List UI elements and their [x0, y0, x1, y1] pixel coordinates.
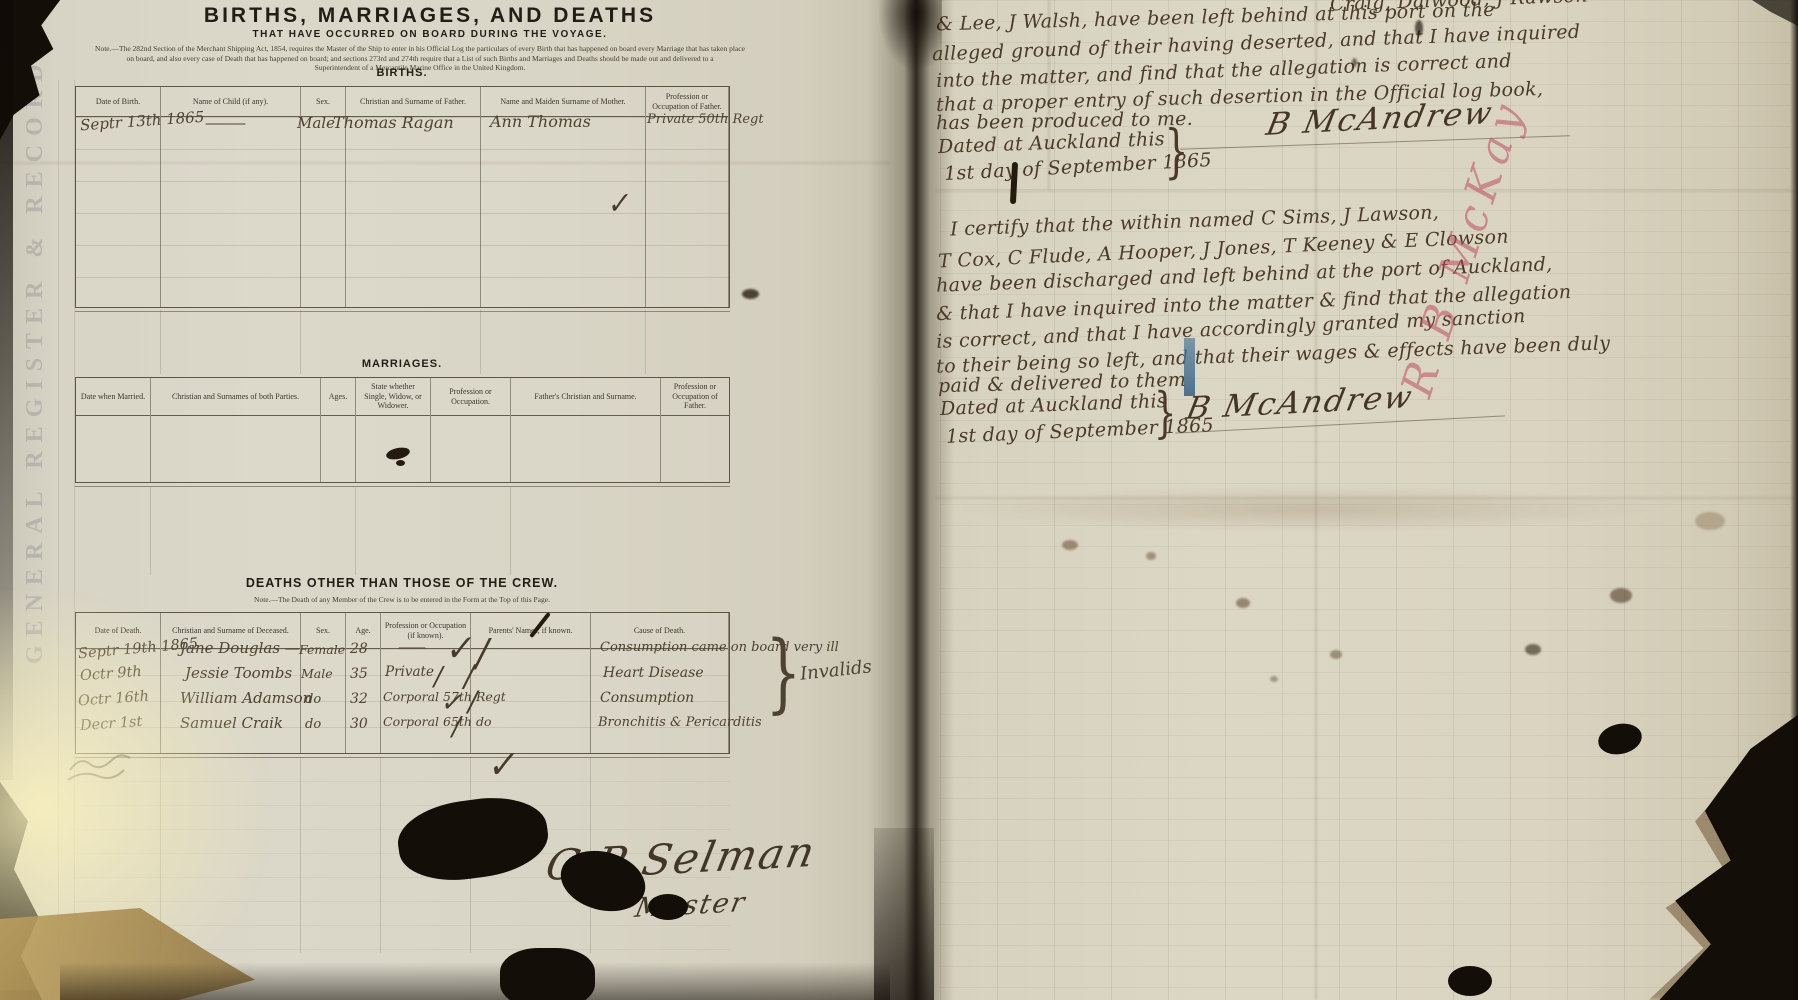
stain-spot	[1330, 650, 1342, 659]
ink-speck	[742, 289, 759, 299]
death-row-cause: Consumption	[600, 691, 694, 705]
marriages-header-cell: Father's Christian and Surname.	[511, 378, 660, 416]
death-row-age: 35	[350, 667, 368, 681]
death-row-sex: do	[305, 693, 321, 706]
fold-crease	[935, 190, 1795, 192]
faint-column-line	[355, 487, 356, 575]
birth-entry-child-dash: ———	[205, 116, 244, 131]
act-note-line: on board, and also every case of Death t…	[70, 54, 770, 64]
gutter-shadow-top	[878, 0, 942, 72]
marriages-header-cell: Ages.	[321, 378, 355, 416]
page-subtitle: THAT HAVE OCCURRED ON BOARD DURING THE V…	[160, 29, 700, 40]
birth-entry-mother: Ann Thomas	[490, 114, 591, 130]
stain-spot	[1695, 512, 1725, 530]
slash-mark: /	[468, 688, 477, 716]
stain-spot	[1062, 540, 1078, 550]
marriages-header-cell: Profession or Occupation.	[431, 378, 510, 416]
gutter-shadow-bottom	[874, 828, 934, 1000]
marriages-header-cell: Date when Married.	[76, 378, 150, 416]
stain-spot	[1610, 588, 1632, 603]
dated-brace: }	[1164, 122, 1188, 180]
ink-speck	[1352, 58, 1357, 67]
marriages-col-profession: Profession or Occupation.	[431, 378, 511, 482]
marriages-col-father-prof: Profession or Occupation of Father.	[661, 378, 729, 482]
page-title: BIRTHS, MARRIAGES, AND DEATHS	[160, 4, 700, 28]
births-heading: BIRTHS.	[132, 67, 672, 79]
ink-blot	[396, 460, 405, 466]
act-note-line: Note.—The 282nd Section of the Merchant …	[70, 44, 770, 54]
dark-blot	[1448, 966, 1492, 996]
blue-highlight-marker	[1184, 338, 1195, 396]
death-row-sex: Male	[301, 668, 333, 681]
stain-spot	[1525, 644, 1541, 655]
check-mark: ✓	[604, 189, 631, 220]
stain-spot	[1270, 676, 1278, 682]
stain	[955, 486, 1655, 532]
slash-mark: /	[476, 634, 489, 672]
death-row-profession: Private	[385, 666, 434, 680]
dated-brace: }	[1154, 386, 1176, 440]
death-row-age: 28	[350, 642, 368, 656]
marriages-heading: MARRIAGES.	[132, 358, 672, 370]
faint-column-line	[150, 487, 151, 575]
death-row-cause: Heart Disease	[603, 666, 704, 680]
births-row-lines	[76, 117, 729, 307]
marginal-stamp-text: GENERAL REGISTER & RECORD OFFICE OF SEAM…	[22, 64, 49, 664]
slash-mark: /	[452, 714, 461, 740]
marriages-header-cell: Profession or Occupation of Father.	[661, 378, 729, 416]
faint-column-line	[380, 757, 381, 953]
marriages-col-parties: Christian and Surnames of both Parties.	[151, 378, 321, 482]
check-mark: ✓	[484, 747, 518, 786]
death-row-cause: Bronchitis & Pericarditis	[598, 716, 762, 729]
ink-speck	[1415, 20, 1423, 36]
marriages-header-cell: State whether Single, Widow, or Widower.	[356, 378, 430, 416]
faint-column-line	[510, 487, 511, 575]
deaths-heading: DEATHS OTHER THAN THOSE OF THE CREW.	[132, 576, 672, 590]
death-row-profession: ——	[398, 640, 424, 655]
stain-spot	[1236, 598, 1250, 608]
marriages-col-state: State whether Single, Widow, or Widower.	[356, 378, 431, 482]
slash-mark: /	[434, 664, 443, 690]
birth-entry-sex: Male	[297, 116, 335, 131]
death-row-sex: do	[305, 718, 321, 731]
dark-blot	[648, 894, 688, 920]
dark-right-edge	[1790, 0, 1798, 1000]
group-brace: }	[766, 630, 802, 716]
death-row-age: 32	[350, 692, 368, 706]
birth-entry-profession: Private 50th Regt	[647, 113, 764, 126]
death-row-age: 30	[350, 717, 368, 731]
birth-entry-father: Thomas Ragan	[333, 115, 454, 131]
death-row-sex: Female	[299, 644, 345, 657]
dark-bottom-edge	[60, 962, 890, 1000]
marriages-col-father: Father's Christian and Surname.	[511, 378, 661, 482]
marriages-col-ages: Ages.	[321, 378, 356, 482]
stain-spot	[1146, 552, 1156, 560]
scanned-document: GENERAL REGISTER & RECORD OFFICE OF SEAM…	[0, 0, 1798, 1000]
marriages-header-cell: Christian and Surnames of both Parties.	[151, 378, 320, 416]
faint-column-line	[300, 757, 301, 953]
marriages-col-date: Date when Married.	[76, 378, 151, 482]
marriages-table: Date when Married. Christian and Surname…	[75, 377, 730, 483]
death-row-cause: Consumption came on board very ill	[600, 641, 839, 654]
